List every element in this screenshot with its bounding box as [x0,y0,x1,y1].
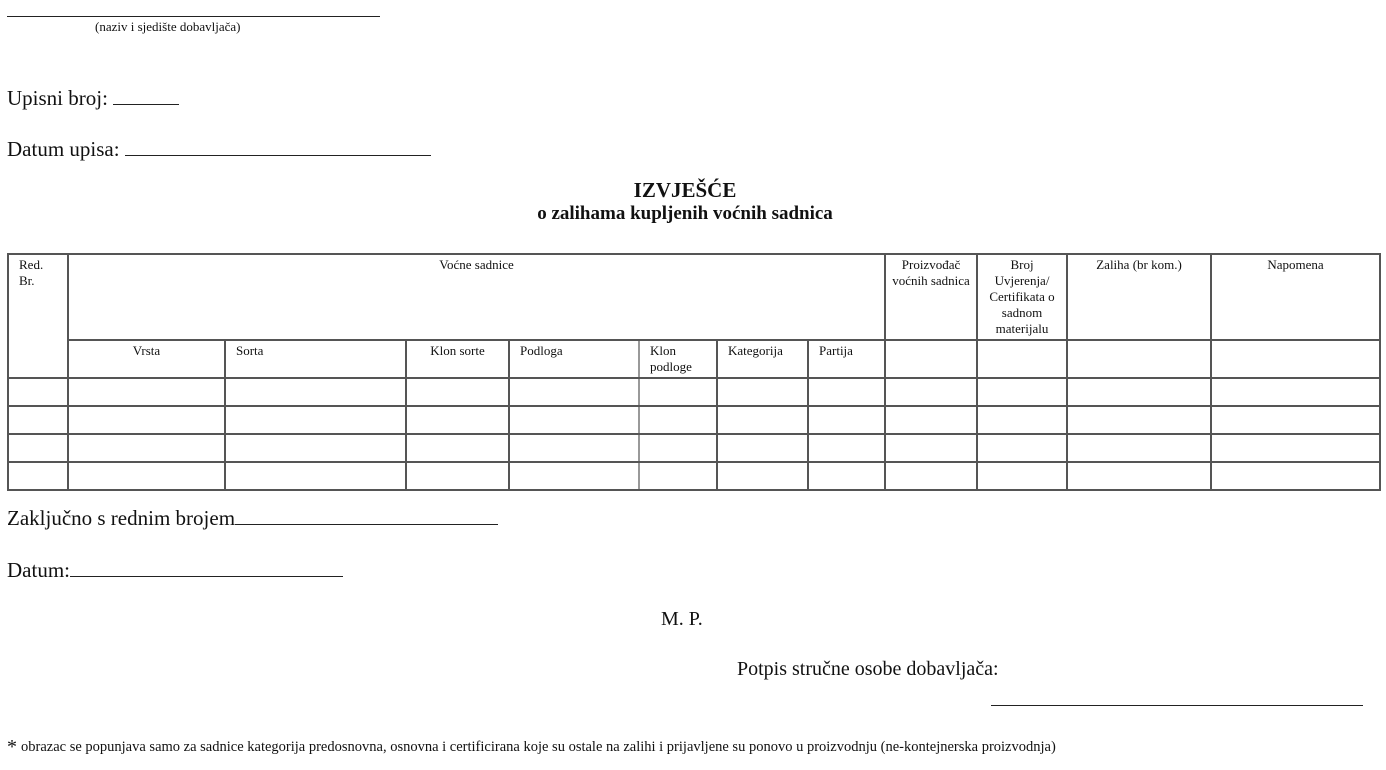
table-row [8,462,1380,490]
header-napomena: Napomena [1211,254,1380,340]
footnote: *obrazac se popunjava samo za sadnice ka… [7,736,1056,759]
table-cell[interactable] [406,406,509,434]
table-cell[interactable] [225,406,406,434]
table-cell[interactable] [1067,406,1211,434]
table-cell[interactable] [885,378,977,406]
table-cell[interactable] [406,378,509,406]
table-cell[interactable] [1211,434,1380,462]
date-field: Datum: [7,558,343,583]
header-zaliha: Zaliha (br kom.) [1067,254,1211,340]
table-cell[interactable] [885,462,977,490]
header-klon-sorte: Klon sorte [406,340,509,378]
header-partija: Partija [808,340,885,378]
registration-date-label: Datum upisa: [7,137,120,161]
table-cell[interactable] [8,378,68,406]
header-proizvodac: Proizvođač voćnih sadnica [885,254,977,340]
table-cell[interactable] [68,406,225,434]
header-sorta: Sorta [225,340,406,378]
table-cell[interactable] [885,434,977,462]
table-cell[interactable] [509,462,639,490]
cell-empty[interactable] [1067,340,1211,378]
table-row [8,378,1380,406]
table-cell[interactable] [808,378,885,406]
table-cell[interactable] [717,406,808,434]
table-cell[interactable] [977,462,1067,490]
closing-number-blank[interactable] [235,506,498,525]
table-cell[interactable] [1067,378,1211,406]
cell-empty[interactable] [885,340,977,378]
table-cell[interactable] [406,434,509,462]
report-subtitle: o zalihama kupljenih voćnih sadnica [0,203,1370,225]
closing-number-field: Zaključno s rednim brojem [7,506,498,531]
table-cell[interactable] [977,378,1067,406]
table-cell[interactable] [8,406,68,434]
registration-number-blank[interactable] [113,86,179,105]
cell-empty[interactable] [1211,340,1380,378]
cell-empty[interactable] [977,340,1067,378]
header-vrsta: Vrsta [68,340,225,378]
table-cell[interactable] [509,406,639,434]
table-cell[interactable] [8,434,68,462]
table-cell[interactable] [639,378,717,406]
table-cell[interactable] [717,378,808,406]
table-cell[interactable] [509,378,639,406]
table-cell[interactable] [808,434,885,462]
registration-date-blank[interactable] [125,137,431,156]
date-label: Datum: [7,558,70,582]
report-title: IZVJEŠĆE [0,178,1370,203]
table-cell[interactable] [717,462,808,490]
table-cell[interactable] [509,434,639,462]
signature-label: Potpis stručne osobe dobavljača: [737,658,999,681]
table-cell[interactable] [717,434,808,462]
table-cell[interactable] [68,462,225,490]
table-body [8,378,1380,490]
table-cell[interactable] [639,462,717,490]
header-klon-podloge: Klon podloge [639,340,717,378]
table-cell[interactable] [1211,378,1380,406]
footnote-marker: * [7,736,17,758]
table-cell[interactable] [977,406,1067,434]
registration-date-field: Datum upisa: [7,137,431,162]
footnote-text: obrazac se popunjava samo za sadnice kat… [21,739,1056,755]
table-cell[interactable] [1067,462,1211,490]
table-cell[interactable] [225,378,406,406]
registration-number-label: Upisni broj: [7,86,108,110]
header-kategorija: Kategorija [717,340,808,378]
table-cell[interactable] [1067,434,1211,462]
header-podloga: Podloga [509,340,639,378]
table-row [8,406,1380,434]
table-cell[interactable] [885,406,977,434]
table-cell[interactable] [1211,462,1380,490]
signature-line[interactable] [991,705,1363,706]
table-cell[interactable] [225,434,406,462]
registration-number-field: Upisni broj: [7,86,179,111]
table-cell[interactable] [639,406,717,434]
table-cell[interactable] [406,462,509,490]
stock-report-table: Red. Br. Voćne sadnice Proizvođač voćnih… [7,253,1381,491]
table-row [8,434,1380,462]
date-blank[interactable] [70,558,343,577]
header-red-br: Red. Br. [8,254,68,378]
table-cell[interactable] [1211,406,1380,434]
header-vocne-sadnice: Voćne sadnice [68,254,885,340]
table-cell[interactable] [8,462,68,490]
closing-number-label: Zaključno s rednim brojem [7,506,235,530]
table-cell[interactable] [808,462,885,490]
table-cell[interactable] [68,378,225,406]
table-cell[interactable] [977,434,1067,462]
table-cell[interactable] [225,462,406,490]
header-broj-uvjerenja: Broj Uvjerenja/ Certifikata o sadnom mat… [977,254,1067,340]
stamp-placeholder: M. P. [661,608,703,631]
supplier-name-line[interactable] [7,16,380,17]
table-cell[interactable] [639,434,717,462]
table-cell[interactable] [808,406,885,434]
table-cell[interactable] [68,434,225,462]
supplier-caption: (naziv i sjedište dobavljača) [95,19,240,35]
